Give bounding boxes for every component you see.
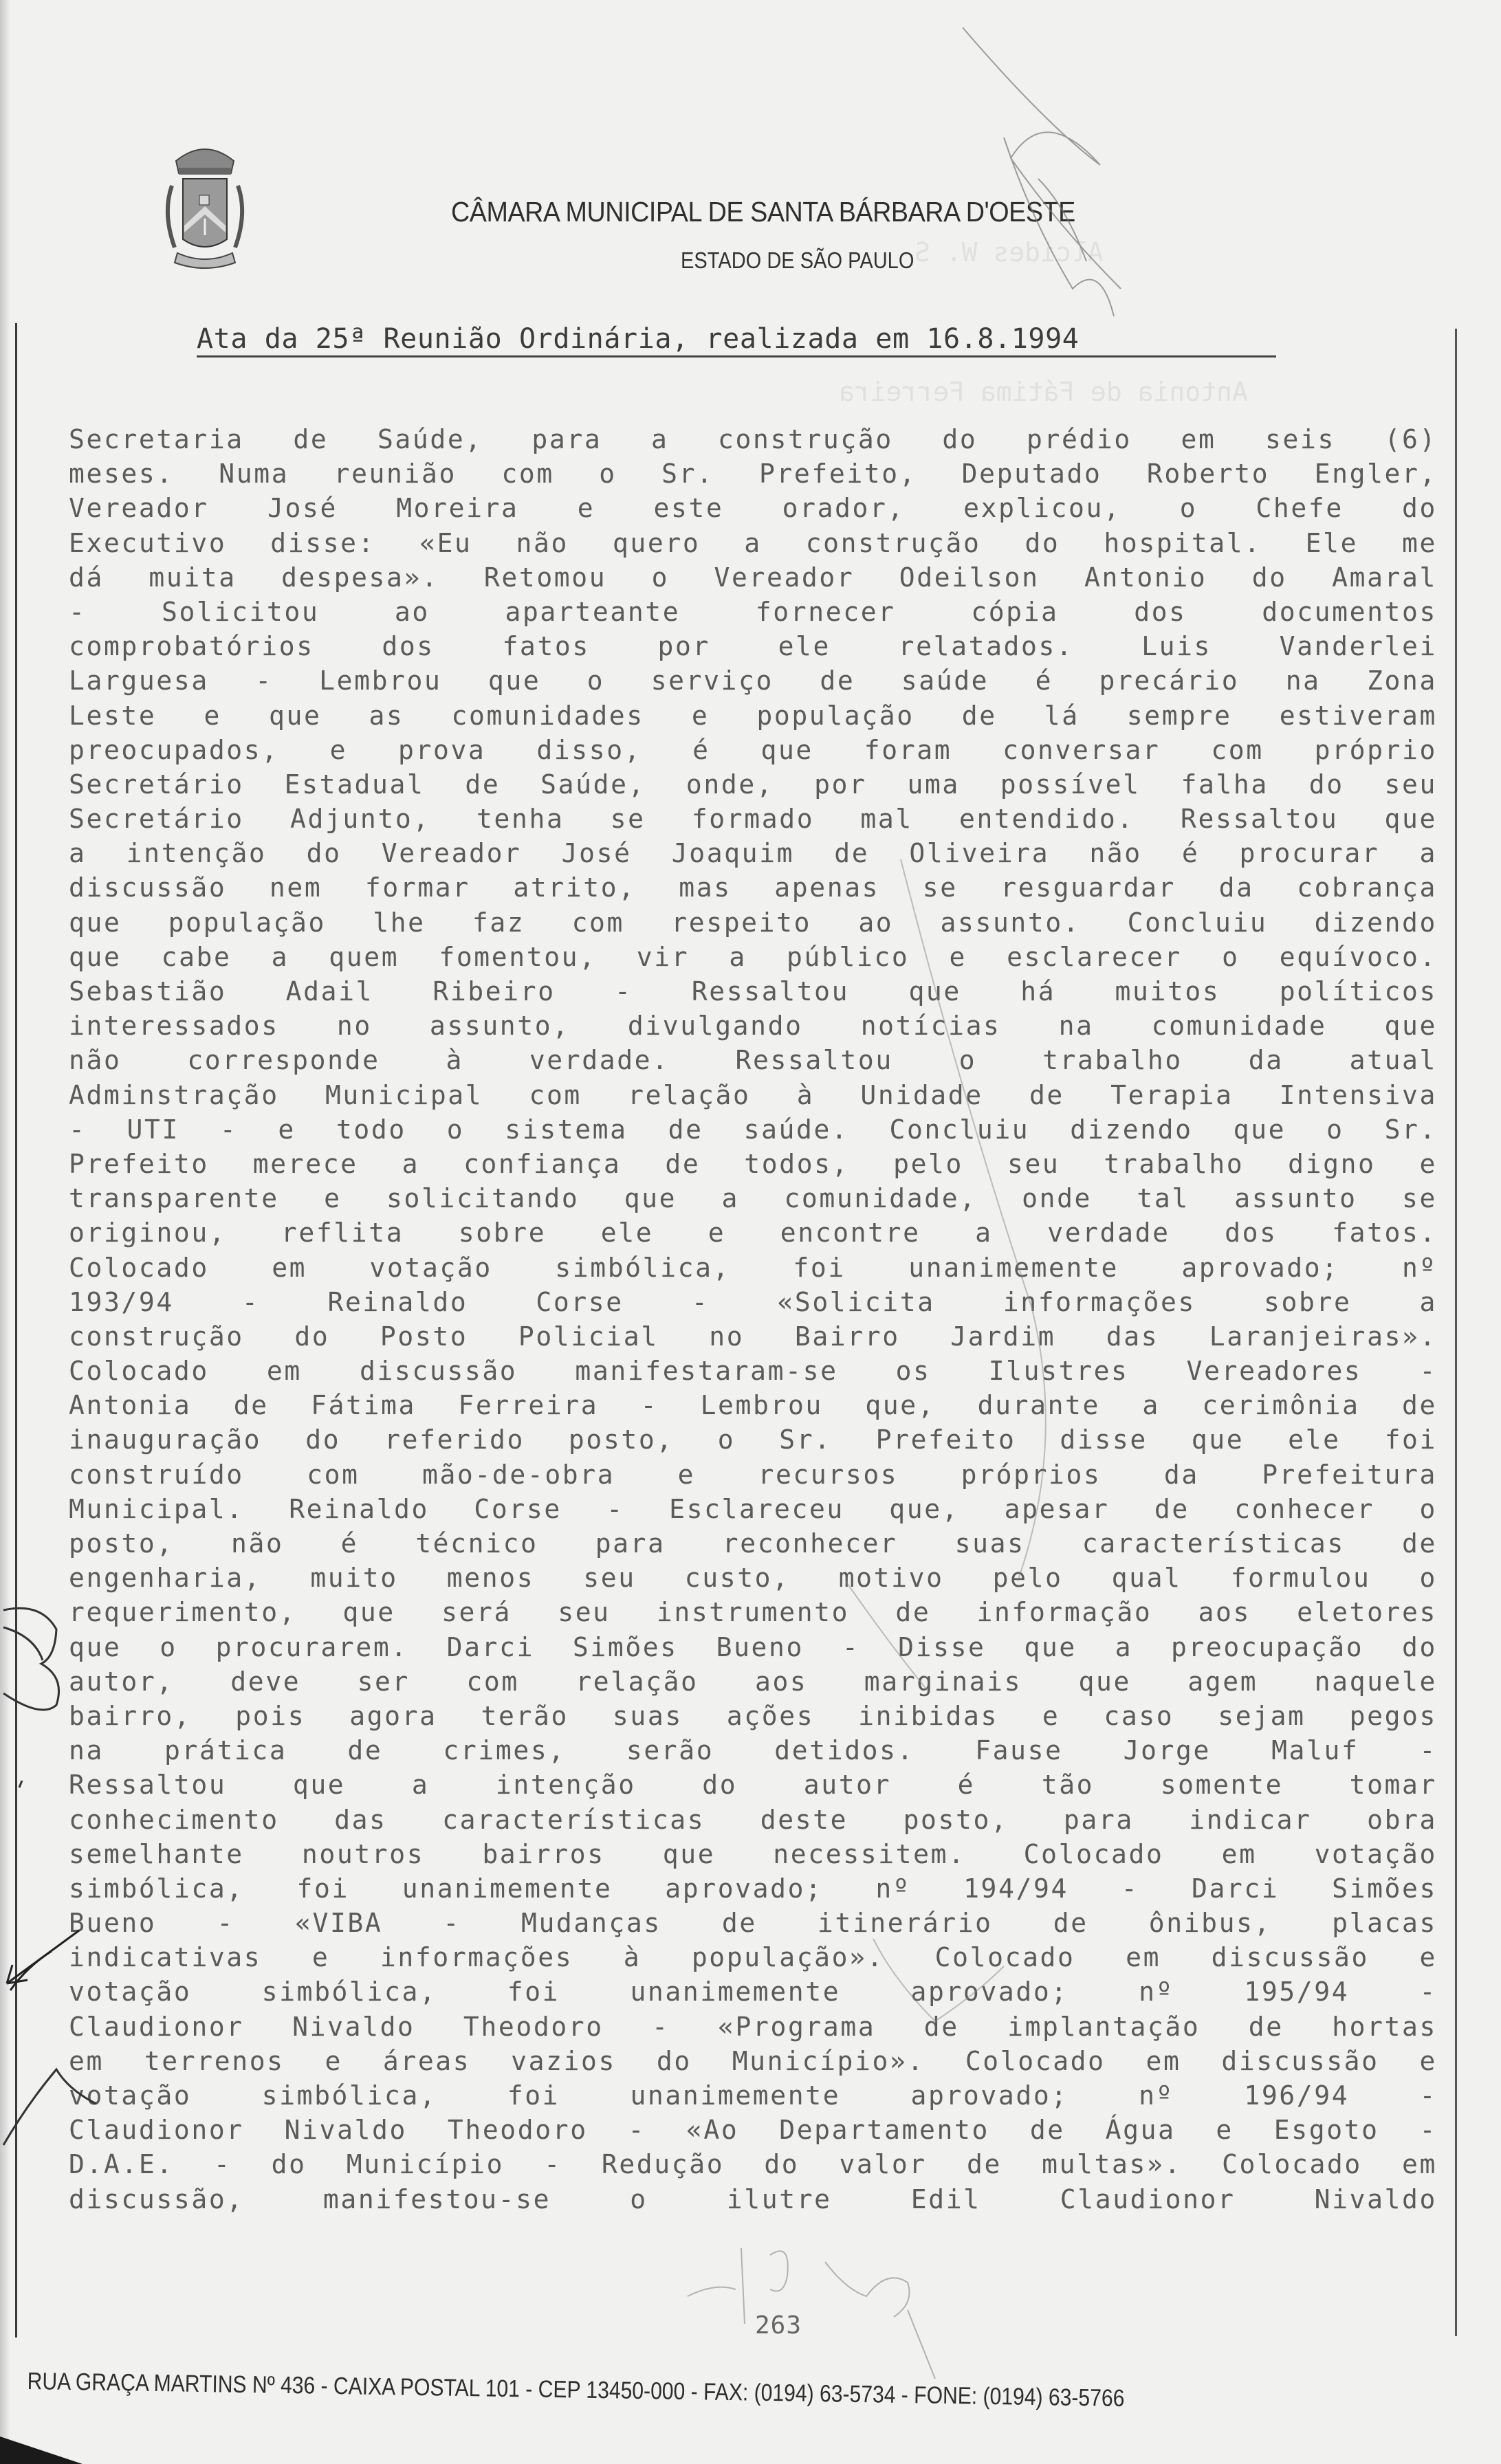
organization-name: CÂMARA MUNICIPAL DE SANTA BÁRBARA D'OEST… [451, 196, 1075, 228]
body-line: 193/94 - Reinaldo Corse - «Solicita info… [69, 1285, 1437, 1319]
body-line: simbólica, foi unanimemente aprovado; nº… [69, 1871, 1437, 1906]
handwritten-margin-brace-icon [3, 1608, 59, 1710]
body-line: inauguração do referido posto, o Sr. Pre… [69, 1422, 1437, 1457]
body-line: Colocado em discussão manifestaram-se os… [69, 1354, 1437, 1388]
body-line: - UTI - e todo o sistema de saúde. Concl… [69, 1112, 1437, 1147]
body-line: Claudionor Nivaldo Theodoro - «Programa … [69, 2010, 1437, 2044]
page-edge-shadow [0, 0, 10, 2464]
body-line: autor, deve ser com relação aos marginai… [69, 1664, 1437, 1699]
minutes-body: Secretaria de Saúde, para a construção d… [69, 422, 1437, 2216]
right-margin-rule [1455, 329, 1457, 2336]
body-line: Sebastião Adail Ribeiro - Ressaltou que … [69, 974, 1437, 1009]
body-line: Leste e que as comunidades e população d… [69, 698, 1437, 733]
body-line: Executivo disse: «Eu não quero a constru… [69, 526, 1437, 560]
bleed-through-text: Alcides W. S [914, 237, 1104, 267]
body-line: Colocado em votação simbólica, foi unani… [69, 1251, 1437, 1285]
body-line: D.A.E. - do Município - Redução do valor… [69, 2147, 1437, 2181]
municipal-coat-of-arms-icon [157, 137, 253, 275]
body-line: Larguesa - Lembrou que o serviço de saúd… [69, 663, 1437, 698]
body-line: não corresponde à verdade. Ressaltou o t… [69, 1043, 1437, 1077]
body-line: Bueno - «VIBA - Mudanças de itinerário d… [69, 1906, 1437, 1940]
body-line: Municipal. Reinaldo Corse - Esclareceu q… [69, 1492, 1437, 1526]
body-line: posto, não é técnico para reconhecer sua… [69, 1526, 1437, 1561]
body-line: que cabe a quem fomentou, vir a público … [69, 940, 1437, 974]
body-line: construído com mão-de-obra e recursos pr… [69, 1457, 1437, 1492]
body-line: engenharia, muito menos seu custo, motiv… [69, 1561, 1437, 1595]
minutes-title: Ata da 25ª Reunião Ordinária, realizada … [197, 323, 1079, 355]
body-line: discussão nem formar atrito, mas apenas … [69, 870, 1437, 905]
bleed-through-text: Antonia de Fátima Ferreira [839, 377, 1248, 407]
footer-address: RUA GRAÇA MARTINS Nº 436 - CAIXA POSTAL … [27, 2368, 1124, 2412]
body-line: Antonia de Fátima Ferreira - Lembrou que… [69, 1388, 1437, 1422]
page-number: 263 [755, 2311, 802, 2340]
body-line: Prefeito merece a confiança de todos, pe… [69, 1147, 1437, 1181]
body-line: originou, reflita sobre ele e encontre a… [69, 1215, 1437, 1250]
body-line: votação simbólica, foi unanimemente apro… [69, 1974, 1437, 2009]
body-line: Secretaria de Saúde, para a construção d… [69, 422, 1437, 456]
title-underline [197, 355, 1276, 357]
body-line: discussão, manifestou-se o ilutre Edil C… [69, 2182, 1437, 2216]
body-line: Claudionor Nivaldo Theodoro - «Ao Depart… [69, 2113, 1437, 2147]
handwritten-signature-icon [963, 27, 1121, 316]
organization-state: ESTADO DE SÃO PAULO [681, 247, 914, 274]
body-line: preocupados, e prova disso, é que foram … [69, 733, 1437, 767]
body-line: votação simbólica, foi unanimemente apro… [69, 2078, 1437, 2113]
body-line: em terrenos e áreas vazios do Município»… [69, 2044, 1437, 2078]
body-line: construção do Posto Policial no Bairro J… [69, 1319, 1437, 1354]
body-line: indicativas e informações à população». … [69, 1940, 1437, 1974]
body-line: Ressaltou que a intenção do autor é tão … [69, 1768, 1437, 1802]
body-line: que população lhe faz com respeito ao as… [69, 905, 1437, 940]
body-line: Secretário Estadual de Saúde, onde, por … [69, 767, 1437, 802]
left-margin-rule [15, 323, 17, 2337]
body-line: comprobatórios dos fatos por ele relatad… [69, 629, 1437, 663]
body-line: Vereador José Moreira e este orador, exp… [69, 491, 1437, 525]
body-line: meses. Numa reunião com o Sr. Prefeito, … [69, 456, 1437, 491]
body-line: a intenção do Vereador José Joaquim de O… [69, 836, 1437, 870]
body-line: Adminstração Municipal com relação à Uni… [69, 1078, 1437, 1112]
body-line: na prática de crimes, serão detidos. Fau… [69, 1733, 1437, 1768]
body-line: que o procurarem. Darci Simões Bueno - D… [69, 1630, 1437, 1664]
body-line: Secretário Adjunto, tenha se formado mal… [69, 802, 1437, 836]
body-line: dá muita despesa». Retomou o Vereador Od… [69, 560, 1437, 595]
body-line: conhecimento das características deste p… [69, 1803, 1437, 1837]
body-line: semelhante noutros bairros que necessite… [69, 1837, 1437, 1871]
body-line: requerimento, que será seu instrumento d… [69, 1595, 1437, 1629]
scan-corner [0, 2436, 83, 2464]
body-line: - Solicitou ao aparteante fornecer cópia… [69, 595, 1437, 629]
body-line: bairro, pois agora terão suas ações inib… [69, 1699, 1437, 1733]
body-line: transparente e solicitando que a comunid… [69, 1181, 1437, 1215]
body-line: interessados no assunto, divulgando notí… [69, 1009, 1437, 1043]
